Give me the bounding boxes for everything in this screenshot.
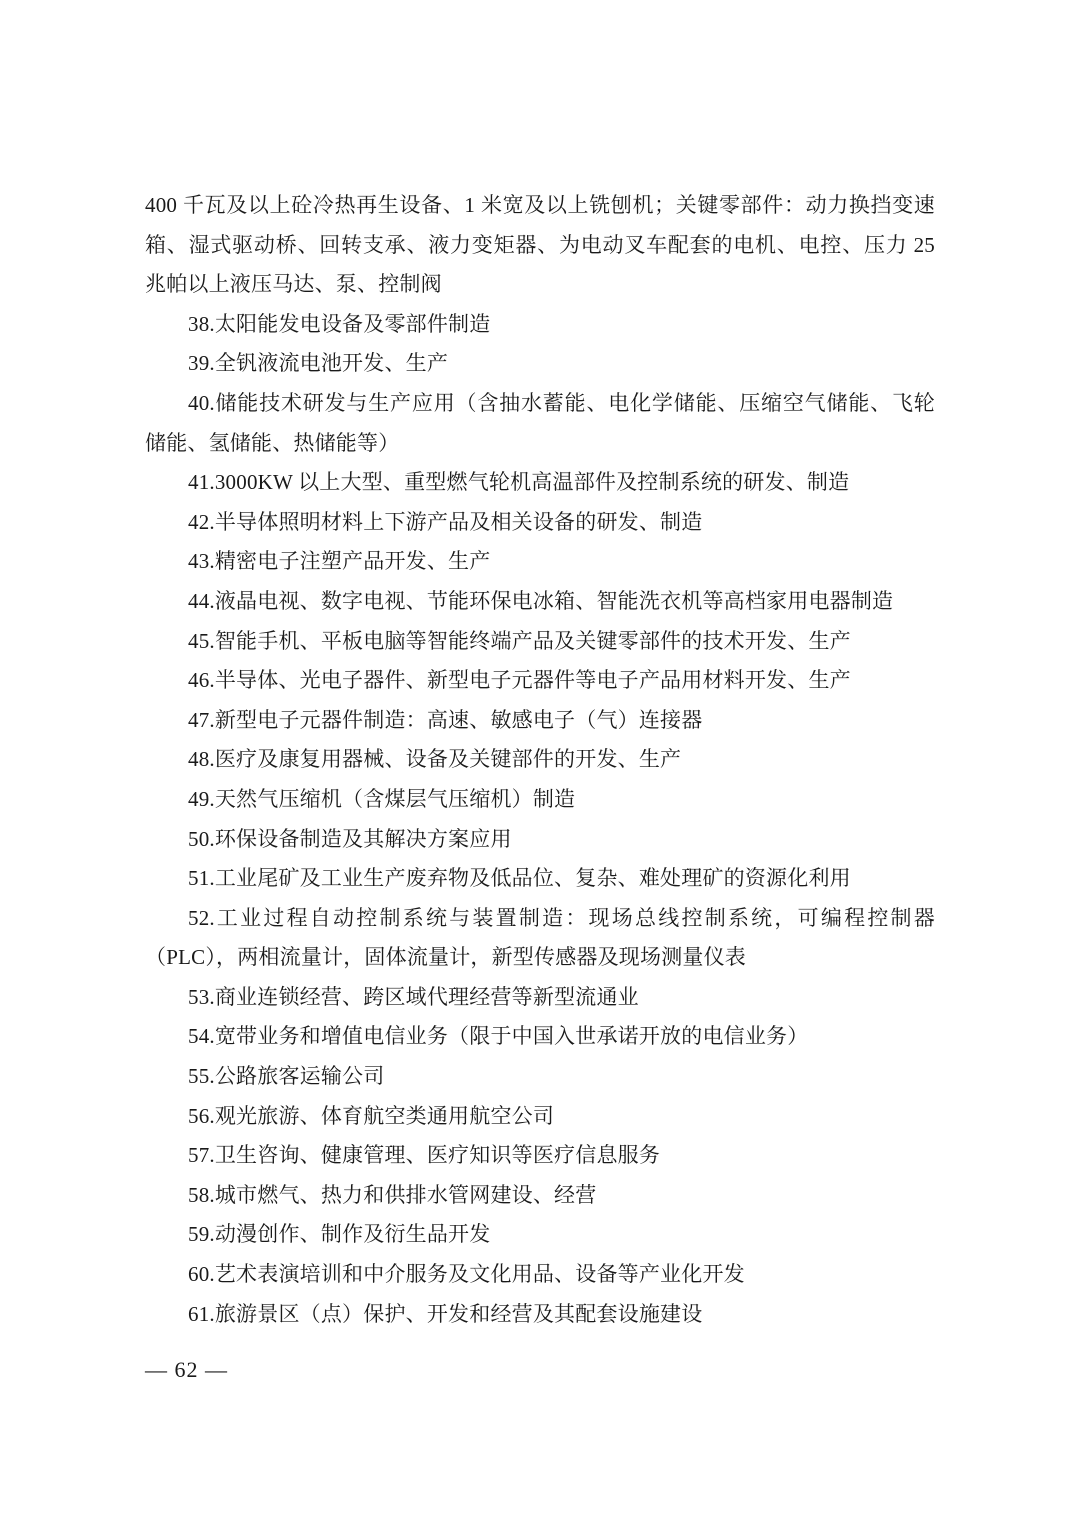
list-item-49: 49.天然气压缩机（含煤层气压缩机）制造 <box>145 780 935 820</box>
list-item-50: 50.环保设备制造及其解决方案应用 <box>145 820 935 860</box>
list-item-56: 56.观光旅游、体育航空类通用航空公司 <box>145 1097 935 1137</box>
list-item-54: 54.宽带业务和增值电信业务（限于中国入世承诺开放的电信业务） <box>145 1017 935 1057</box>
list-item-53: 53.商业连锁经营、跨区域代理经营等新型流通业 <box>145 978 935 1018</box>
list-item-43: 43.精密电子注塑产品开发、生产 <box>145 542 935 582</box>
list-item-39: 39.全钒液流电池开发、生产 <box>145 344 935 384</box>
continuation-paragraph: 400 千瓦及以上砼冷热再生设备、1 米宽及以上铣刨机；关键零部件：动力换挡变速… <box>145 186 935 305</box>
list-item-40: 40.储能技术研发与生产应用（含抽水蓄能、电化学储能、压缩空气储能、飞轮储能、氢… <box>145 384 935 463</box>
list-item-52: 52.工业过程自动控制系统与装置制造：现场总线控制系统，可编程控制器（PLC），… <box>145 899 935 978</box>
list-item-55: 55.公路旅客运输公司 <box>145 1057 935 1097</box>
list-item-47: 47.新型电子元器件制造：高速、敏感电子（气）连接器 <box>145 701 935 741</box>
list-item-51: 51.工业尾矿及工业生产废弃物及低品位、复杂、难处理矿的资源化利用 <box>145 859 935 899</box>
page-number: — 62 — <box>145 1355 228 1385</box>
list-item-38: 38.太阳能发电设备及零部件制造 <box>145 305 935 345</box>
list-item-41: 41.3000KW 以上大型、重型燃气轮机高温部件及控制系统的研发、制造 <box>145 463 935 503</box>
list-item-58: 58.城市燃气、热力和供排水管网建设、经营 <box>145 1176 935 1216</box>
list-item-57: 57.卫生咨询、健康管理、医疗知识等医疗信息服务 <box>145 1136 935 1176</box>
list-item-42: 42.半导体照明材料上下游产品及相关设备的研发、制造 <box>145 503 935 543</box>
list-item-45: 45.智能手机、平板电脑等智能终端产品及关键零部件的技术开发、生产 <box>145 622 935 662</box>
document-page: 400 千瓦及以上砼冷热再生设备、1 米宽及以上铣刨机；关键零部件：动力换挡变速… <box>145 186 935 1334</box>
list-item-59: 59.动漫创作、制作及衍生品开发 <box>145 1215 935 1255</box>
list-item-60: 60.艺术表演培训和中介服务及文化用品、设备等产业化开发 <box>145 1255 935 1295</box>
list-item-44: 44.液晶电视、数字电视、节能环保电冰箱、智能洗衣机等高档家用电器制造 <box>145 582 935 622</box>
list-item-46: 46.半导体、光电子器件、新型电子元器件等电子产品用材料开发、生产 <box>145 661 935 701</box>
list-item-48: 48.医疗及康复用器械、设备及关键部件的开发、生产 <box>145 740 935 780</box>
list-item-61: 61.旅游景区（点）保护、开发和经营及其配套设施建设 <box>145 1295 935 1335</box>
